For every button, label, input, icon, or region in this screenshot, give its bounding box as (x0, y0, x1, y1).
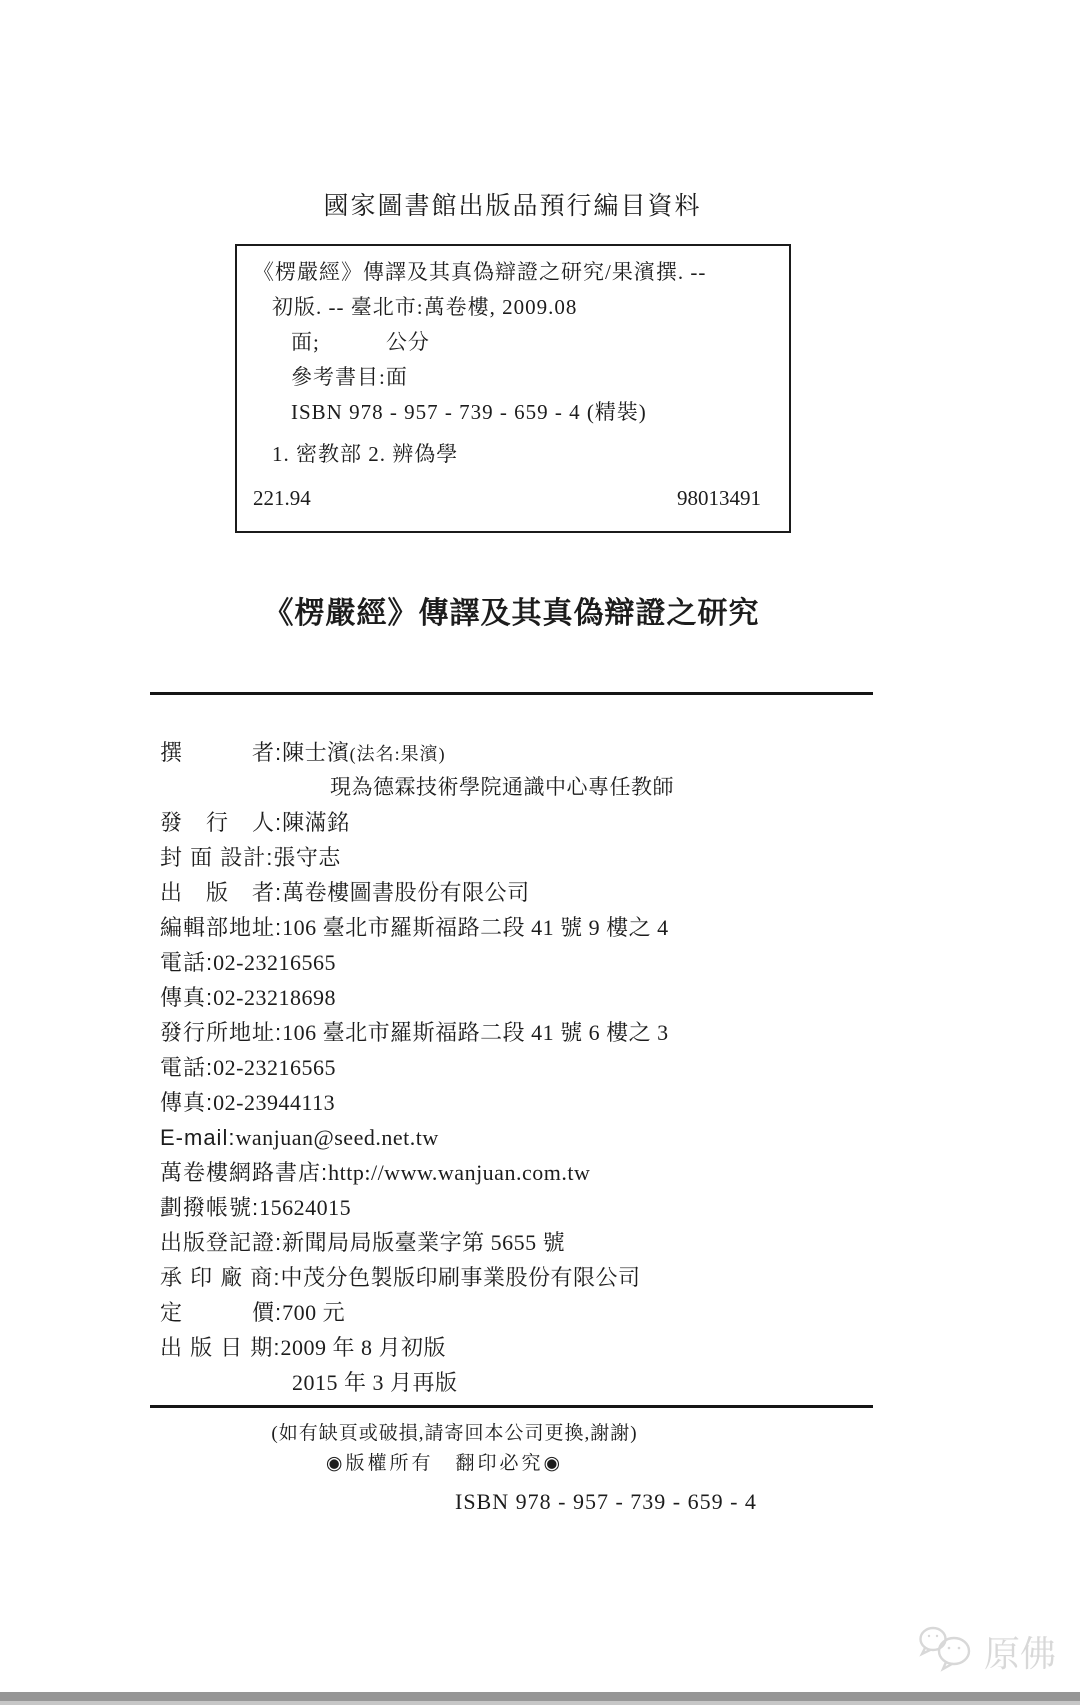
email-address: wanjuan@seed.net.tw (235, 1120, 438, 1155)
cip-line-bibliography: 參考書目:面 (253, 360, 775, 395)
colophon: 撰 者:陳士濱(法名:果濱) 現為德霖技術學院通識中心專任教師 發 行 人:陳滿… (160, 735, 1080, 1400)
colophon-row-phone-1: 電話:02-23216565 (160, 945, 1080, 980)
watermark-label: 原佛 (984, 1626, 1056, 1677)
row-label: 電話: (160, 1050, 213, 1085)
colophon-row-publisher: 出 版 者:萬卷樓圖書股份有限公司 (160, 875, 1080, 910)
row-label: 劃撥帳號: (160, 1190, 259, 1225)
wechat-logo-icon (916, 1622, 978, 1681)
row-label: 撰 者: (160, 735, 282, 770)
row-value: 106 臺北市羅斯福路二段 41 號 6 樓之 3 (282, 1015, 669, 1050)
cip-line-title-statement: 《楞嚴經》傳譯及其真偽辯證之研究/果濱撰. -- (253, 255, 775, 290)
author-name: 陳士濱 (282, 735, 350, 770)
row-label: 發 行 人: (160, 805, 282, 840)
book-title: 《楞嚴經》傳譯及其真偽辯證之研究 (150, 591, 873, 637)
row-value: 新聞局局版臺業字第 5655 號 (282, 1225, 565, 1260)
colophon-row-editorial-address: 編輯部地址:106 臺北市羅斯福路二段 41 號 9 樓之 4 (160, 910, 1080, 945)
colophon-row-webstore: 萬卷樓網路書店:http://www.wanjuan.com.tw (160, 1155, 1080, 1190)
price-value: 700 元 (282, 1295, 345, 1330)
row-label: E-mail: (160, 1120, 235, 1155)
author-dharma-name: (法名:果濱) (350, 737, 446, 772)
row-label: 出版登記證: (160, 1225, 282, 1260)
row-label: 出 版 者: (160, 875, 282, 910)
cip-line-edition: 初版. -- 臺北市:萬卷樓, 2009.08 (253, 290, 775, 325)
classification-number: 221.94 (253, 481, 311, 515)
cip-line-subjects: 1. 密教部 2. 辨偽學 (253, 437, 775, 472)
colophon-row-registration: 出版登記證:新聞局局版臺業字第 5655 號 (160, 1225, 1080, 1260)
page-edge-bar (0, 1692, 1080, 1705)
row-value: 15624015 (259, 1190, 351, 1225)
cip-line-isbn: ISBN 978 - 957 - 739 - 659 - 4 (精裝) (253, 395, 775, 430)
row-label: 發行所地址: (160, 1015, 282, 1050)
colophon-row-fax-1: 傳真:02-23218698 (160, 980, 1080, 1015)
colophon-row-phone-2: 電話:02-23216565 (160, 1050, 1080, 1085)
isbn-footer: ISBN 978 - 957 - 739 - 659 - 4 (455, 1487, 1080, 1517)
colophon-row-printer: 承 印 廠 商:中茂分色製版印刷事業股份有限公司 (160, 1260, 1080, 1295)
colophon-row-cover-design: 封 面 設計:張守志 (160, 840, 1080, 875)
row-value: 106 臺北市羅斯福路二段 41 號 9 樓之 4 (282, 910, 669, 945)
row-value: 陳滿銘 (282, 805, 350, 840)
row-value: 萬卷樓圖書股份有限公司 (282, 875, 530, 910)
divider-bottom (150, 1405, 873, 1408)
row-label: 萬卷樓網路書店: (160, 1155, 328, 1190)
book-colophon-page: 國家圖書館出版品預行編目資料 《楞嚴經》傳譯及其真偽辯證之研究/果濱撰. -- … (0, 0, 1080, 1705)
colophon-row-fax-2: 傳真:02-23944113 (160, 1085, 1080, 1120)
webstore-url: http://www.wanjuan.com.tw (328, 1155, 590, 1190)
colophon-row-price: 定 價:700 元 (160, 1295, 1080, 1330)
colophon-row-publisher-person: 發 行 人:陳滿銘 (160, 805, 1080, 840)
cip-box: 《楞嚴經》傳譯及其真偽辯證之研究/果濱撰. -- 初版. -- 臺北市:萬卷樓,… (235, 244, 791, 533)
cip-heading: 國家圖書館出版品預行編目資料 (235, 190, 790, 224)
row-label: 封 面 設計: (160, 840, 273, 875)
colophon-row-distribution-address: 發行所地址:106 臺北市羅斯福路二段 41 號 6 樓之 3 (160, 1015, 1080, 1050)
watermark: 原佛 (916, 1622, 1056, 1681)
colophon-row-email: E-mail:wanjuan@seed.net.tw (160, 1120, 1080, 1155)
row-value: 02-23944113 (213, 1085, 335, 1120)
row-value: 中茂分色製版印刷事業股份有限公司 (280, 1260, 640, 1295)
row-label: 傳真: (160, 1085, 213, 1120)
row-value: 現為德霖技術學院通識中心專任教師 (160, 770, 674, 805)
colophon-row-author-affiliation: 現為德霖技術學院通識中心專任教師 (160, 770, 1080, 805)
replacement-notice: (如有缺頁或破損,請寄回本公司更換,謝謝) (92, 1420, 817, 1447)
row-label: 出 版 日 期: (160, 1330, 280, 1365)
row-value: 02-23218698 (213, 980, 336, 1015)
row-label: 定 價: (160, 1295, 282, 1330)
row-label: 編輯部地址: (160, 910, 282, 945)
row-label: 電話: (160, 945, 213, 980)
first-edition-date: 2009 年 8 月初版 (280, 1330, 446, 1365)
cip-numbers-row: 221.94 98013491 (253, 481, 775, 515)
row-value: 02-23216565 (213, 945, 336, 980)
colophon-row-publication-date: 出 版 日 期:2009 年 8 月初版 (160, 1330, 1080, 1365)
row-label: 傳真: (160, 980, 213, 1015)
colophon-row-postal-account: 劃撥帳號:15624015 (160, 1190, 1080, 1225)
divider-top (150, 692, 873, 695)
row-value: 02-23216565 (213, 1050, 336, 1085)
colophon-row-author: 撰 者:陳士濱(法名:果濱) (160, 735, 1080, 770)
row-value: 張守志 (273, 840, 341, 875)
copyright-notice: ◉版權所有 翻印必究◉ (82, 1450, 807, 1477)
colophon-row-reprint-date: 2015 年 3 月再版 (160, 1365, 1080, 1400)
cip-line-collation: 面; 公分 (253, 325, 775, 360)
reprint-date: 2015 年 3 月再版 (160, 1365, 458, 1400)
record-number: 98013491 (677, 481, 761, 515)
row-label: 承 印 廠 商: (160, 1260, 280, 1295)
